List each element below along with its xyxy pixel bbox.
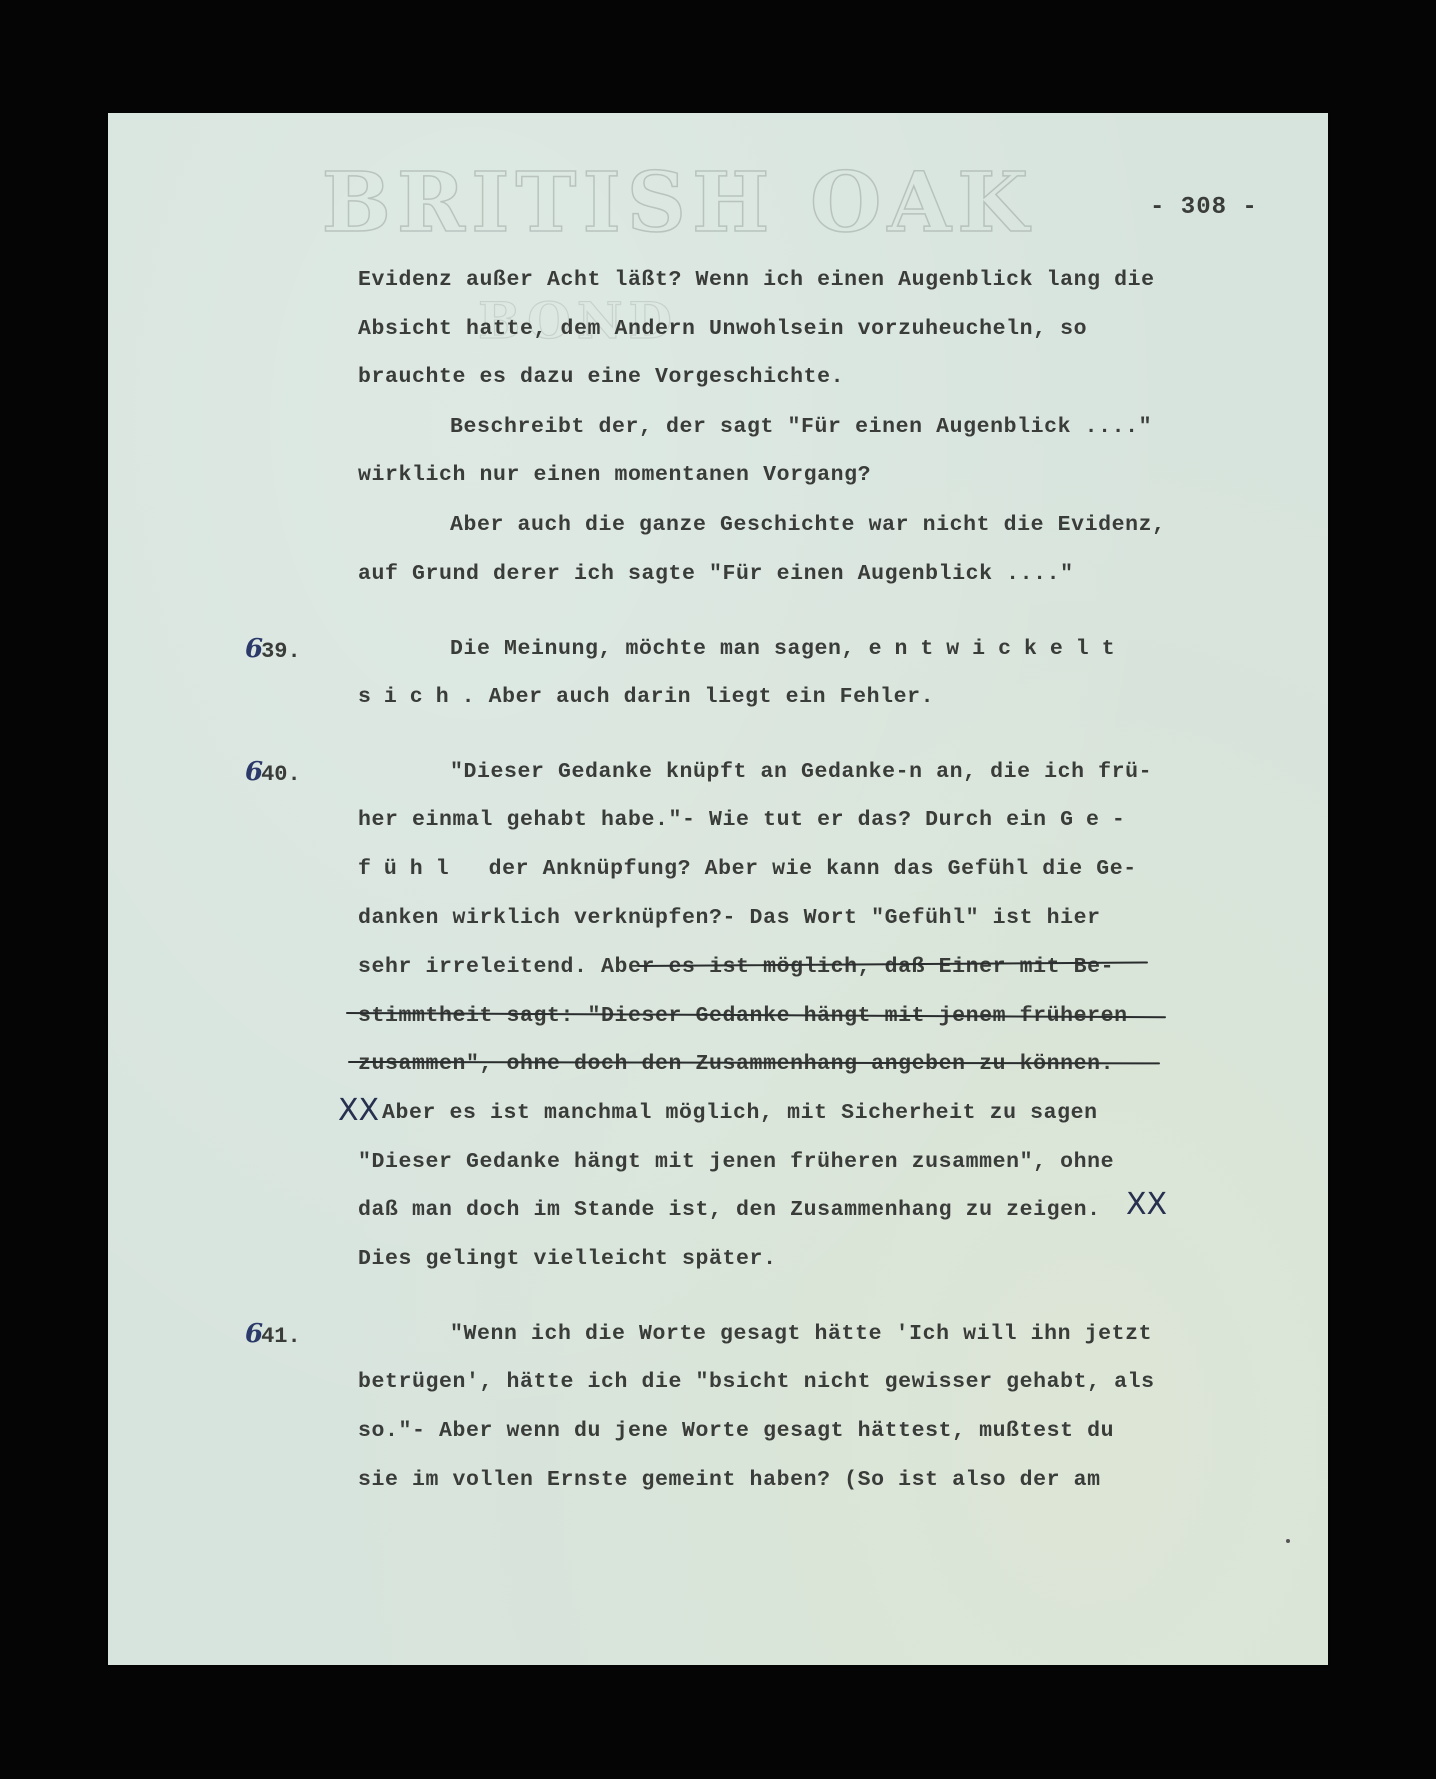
paragraph-number-639: 639. [245,634,301,664]
text-segment: . Aber auch darin liegt ein Fehler. [462,685,935,709]
text-line: Die Meinung, möchte man sagen, entwickel… [450,634,1128,664]
text-line: Aber auch die ganze Geschichte war nicht… [450,510,1166,540]
text-line: betrügen', hätte ich die "bsicht nicht g… [358,1367,1155,1397]
page-number: - 308 - [1150,194,1258,221]
text-line: Dies gelingt vielleicht später. [358,1244,777,1274]
text-line: Aber es ist manchmal möglich, mit Sicher… [382,1098,1098,1128]
text-line: Absicht hatte, dem Andern Unwohlsein vor… [358,314,1087,344]
text-segment: her einmal gehabt habe."- Wie tut er das… [358,808,1060,832]
text-line: auf Grund derer ich sagte "Für einen Aug… [358,559,1074,589]
text-line: wirklich nur einen momentanen Vorgang? [358,460,871,490]
text-line: "Dieser Gedanke knüpft an Gedanke-n an, … [450,757,1152,787]
text-line: danken wirklich verknüpfen?- Das Wort "G… [358,903,1101,933]
emphasized-spaced-text: sich [358,685,462,709]
paper-blemish [1286,1539,1290,1543]
text-line: sie im vollen Ernste gemeint haben? (So … [358,1465,1101,1495]
emphasized-spaced-text: fühl [358,857,462,881]
watermark-british-oak: BRITISH OAK [68,155,1288,251]
paragraph-number-641: 641. [245,1319,301,1349]
text-line: sich. Aber auch darin liegt ein Fehler. [358,682,934,712]
paragraph-number-640: 640. [245,757,301,787]
text-line: Beschreibt der, der sagt "Für einen Auge… [450,412,1152,442]
text-line: "Dieser Gedanke hängt mit jenen früheren… [358,1147,1114,1177]
typed-number: 41. [261,1324,301,1349]
typed-number: 39. [261,639,301,664]
text-line: so."- Aber wenn du jene Worte gesagt hät… [358,1416,1114,1446]
text-line: "Wenn ich die Worte gesagt hätte 'Ich wi… [450,1319,1152,1349]
typescript-page: BRITISH OAK BOND - 308 - Evidenz außer A… [108,113,1328,1665]
insertion-mark-start: XX [338,1093,379,1128]
text-line: her einmal gehabt habe."- Wie tut er das… [358,805,1138,835]
text-line: daß man doch im Stande ist, den Zusammen… [358,1195,1101,1225]
emphasized-spaced-text: Ge- [1060,808,1138,832]
insertion-mark-end: XX [1126,1187,1167,1222]
text-segment: sehr irreleitend. [358,955,601,979]
text-segment: Die Meinung, möchte man sagen, [450,637,869,661]
text-line: sehr irreleitend. Aber es ist möglich, d… [358,952,1114,982]
text-line: brauchte es dazu eine Vorgeschichte. [358,362,844,392]
text-line: fühl der Anknüpfung? Aber wie kann das G… [358,854,1137,884]
typed-number: 40. [261,762,301,787]
text-segment: der Anknüpfung? Aber wie kann das Gefühl… [462,857,1137,881]
struck-through-text: Aber es ist möglich, daß Einer mit Be- [601,955,1114,979]
emphasized-spaced-text: entwickelt [869,637,1128,661]
text-line: Evidenz außer Acht läßt? Wenn ich einen … [358,265,1155,295]
